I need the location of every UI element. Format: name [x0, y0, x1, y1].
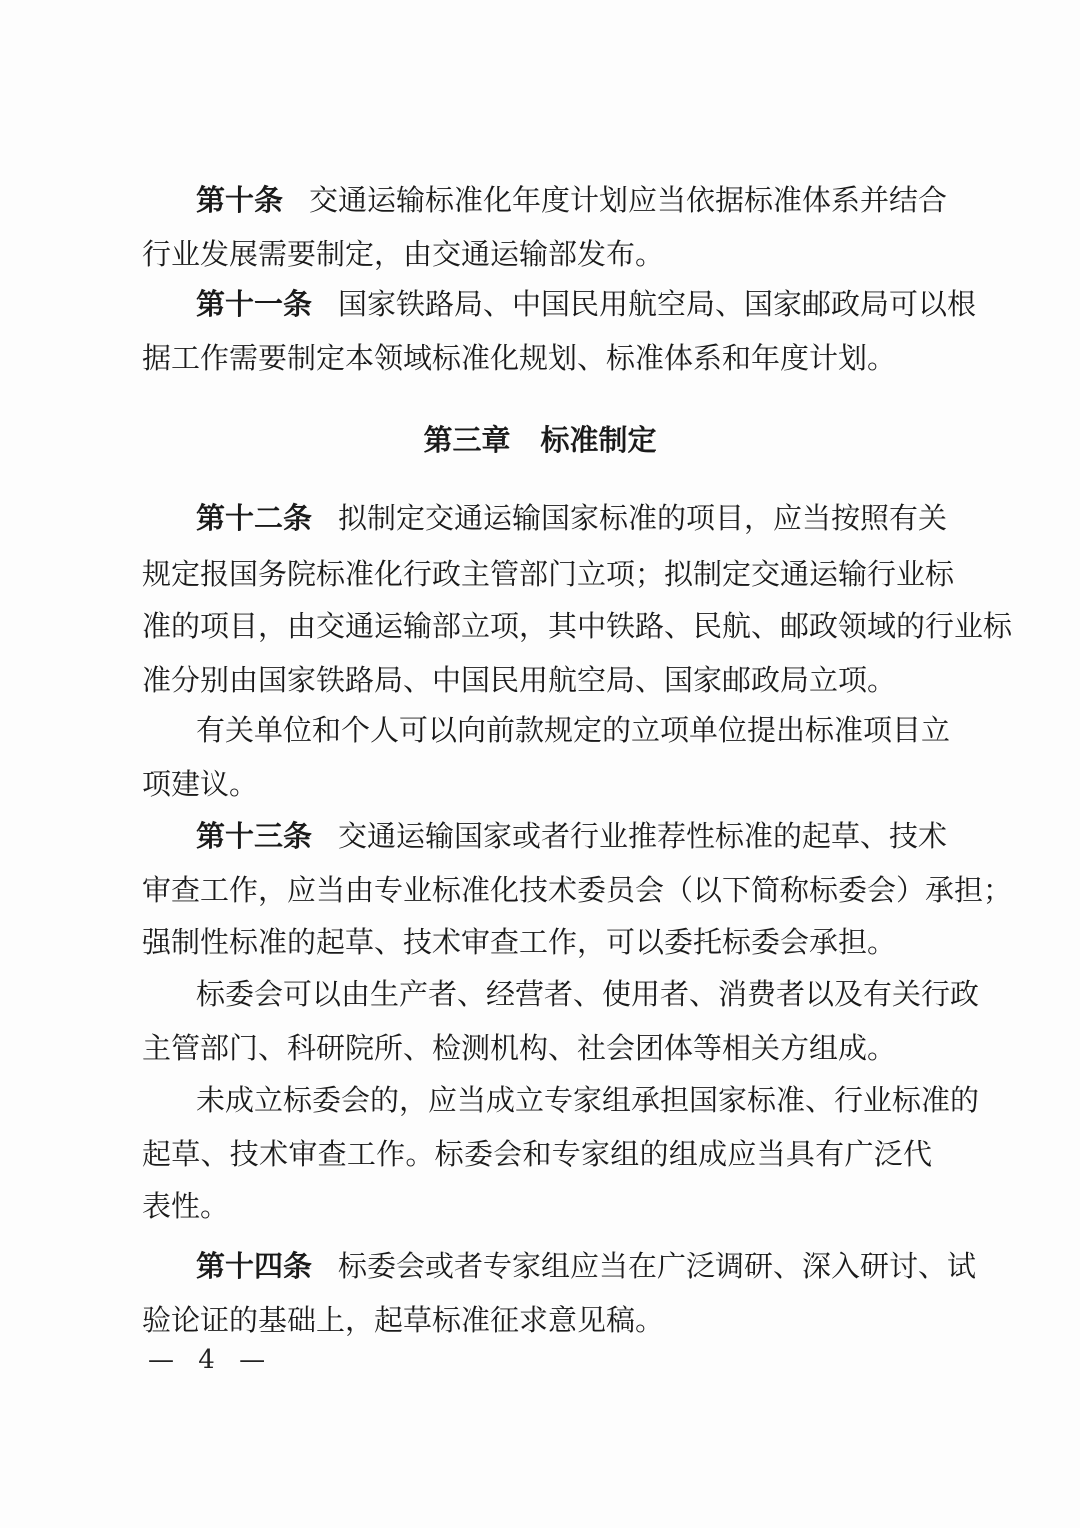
article-number: 第十二条 [196, 501, 312, 535]
article-12-line-2: 规定报国务院标准化行政主管部门立项；拟制定交通运输行业标 [142, 556, 932, 592]
article-13-line-3: 强制性标准的起草、技术审查工作，可以委托标委会承担。 [142, 924, 932, 960]
article-13-line-2: 审查工作，应当由专业标准化技术委员会（以下简称标委会）承担； [142, 872, 932, 908]
page-number: — 4 — [148, 1345, 273, 1375]
article-number: 第十一条 [196, 287, 312, 321]
document-page: 第十条交通运输标准化年度计划应当依据标准体系并结合 行业发展需要制定，由交通运输… [0, 0, 1080, 1528]
article-12-para-2-line-2: 项建议。 [142, 766, 932, 802]
article-12-line-4: 准分别由国家铁路局、中国民用航空局、国家邮政局立项。 [142, 662, 932, 698]
article-12-line-1: 第十二条拟制定交通运输国家标准的项目，应当按照有关 [196, 500, 932, 536]
article-number: 第十条 [196, 183, 283, 217]
article-11-line-1: 第十一条国家铁路局、中国民用航空局、国家邮政局可以根 [196, 286, 932, 322]
article-12-para-2-line-1: 有关单位和个人可以向前款规定的立项单位提出标准项目立 [196, 712, 932, 748]
article-13-para-3-line-1: 未成立标委会的，应当成立专家组承担国家标准、行业标准的 [196, 1082, 932, 1118]
chapter-title: 标准制定 [541, 423, 657, 457]
article-13-para-3-line-3: 表性。 [142, 1188, 932, 1224]
article-10-line-2: 行业发展需要制定，由交通运输部发布。 [142, 236, 932, 272]
article-13-para-2-line-2: 主管部门、科研院所、检测机构、社会团体等相关方组成。 [142, 1030, 932, 1066]
article-12-line-3: 准的项目，由交通运输部立项，其中铁路、民航、邮政领域的行业标 [142, 608, 932, 644]
article-number: 第十三条 [196, 819, 312, 853]
article-13-line-1: 第十三条交通运输国家或者行业推荐性标准的起草、技术 [196, 818, 932, 854]
article-10-line-1: 第十条交通运输标准化年度计划应当依据标准体系并结合 [196, 182, 932, 218]
article-14-line-2: 验论证的基础上，起草标准征求意见稿。 [142, 1302, 932, 1338]
article-number: 第十四条 [196, 1249, 312, 1283]
chapter-number: 第三章 [423, 423, 510, 457]
article-14-line-1: 第十四条标委会或者专家组应当在广泛调研、深入研讨、试 [196, 1248, 932, 1284]
article-13-para-3-line-2: 起草、技术审查工作。标委会和专家组的组成应当具有广泛代 [142, 1136, 932, 1172]
article-11-line-2: 据工作需要制定本领域标准化规划、标准体系和年度计划。 [142, 340, 932, 376]
article-13-para-2-line-1: 标委会可以由生产者、经营者、使用者、消费者以及有关行政 [196, 976, 932, 1012]
chapter-heading: 第三章标准制定 [0, 420, 1080, 460]
